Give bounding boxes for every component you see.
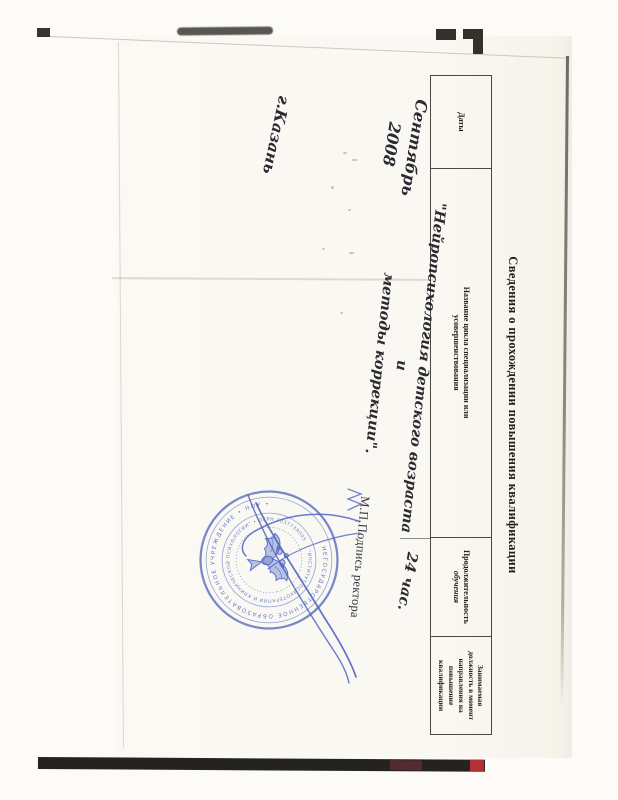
document-content: Сведения о прохождении повышения квалифи… <box>120 55 520 745</box>
signature-stroke <box>268 533 360 569</box>
header-cell-duration: Продолжительность обучения <box>431 538 491 638</box>
header-label: повышение <box>446 666 456 705</box>
document-title: Сведения о прохождении повышения квалифи… <box>505 205 520 625</box>
scan-smudge <box>177 26 273 35</box>
header-label: обучения <box>451 571 461 603</box>
scan-mark <box>436 29 456 40</box>
scan-bottom-bar <box>38 757 485 772</box>
header-label: квалификации <box>437 660 447 711</box>
signature-stroke <box>256 503 356 677</box>
signature-stroke <box>248 495 349 683</box>
scan-red-mark <box>470 760 484 772</box>
header-label: должность в момент <box>466 651 476 720</box>
header-label: Продолжительность <box>461 550 471 624</box>
scan-mark <box>37 28 50 37</box>
signature-stroke <box>348 489 361 510</box>
header-cell-position: Занимаемая должность в момент направлени… <box>431 637 491 734</box>
header-label: Занимаемая <box>476 665 486 706</box>
scanned-page: Сведения о прохождении повышения квалифи… <box>0 0 618 800</box>
header-label: усовершенствования <box>451 315 461 391</box>
entry-city: г.Казань <box>259 94 294 176</box>
header-cell-dates: Даты <box>431 76 491 169</box>
header-label: Название цикла специализации или <box>461 287 471 419</box>
scan-mark <box>473 29 483 54</box>
signature-strokes <box>140 425 400 745</box>
header-label: направления на <box>456 658 466 712</box>
scan-red-mark <box>390 760 422 770</box>
header-label: Даты <box>456 112 466 131</box>
table-header-row: Даты Название цикла специализации или ус… <box>430 75 492 735</box>
